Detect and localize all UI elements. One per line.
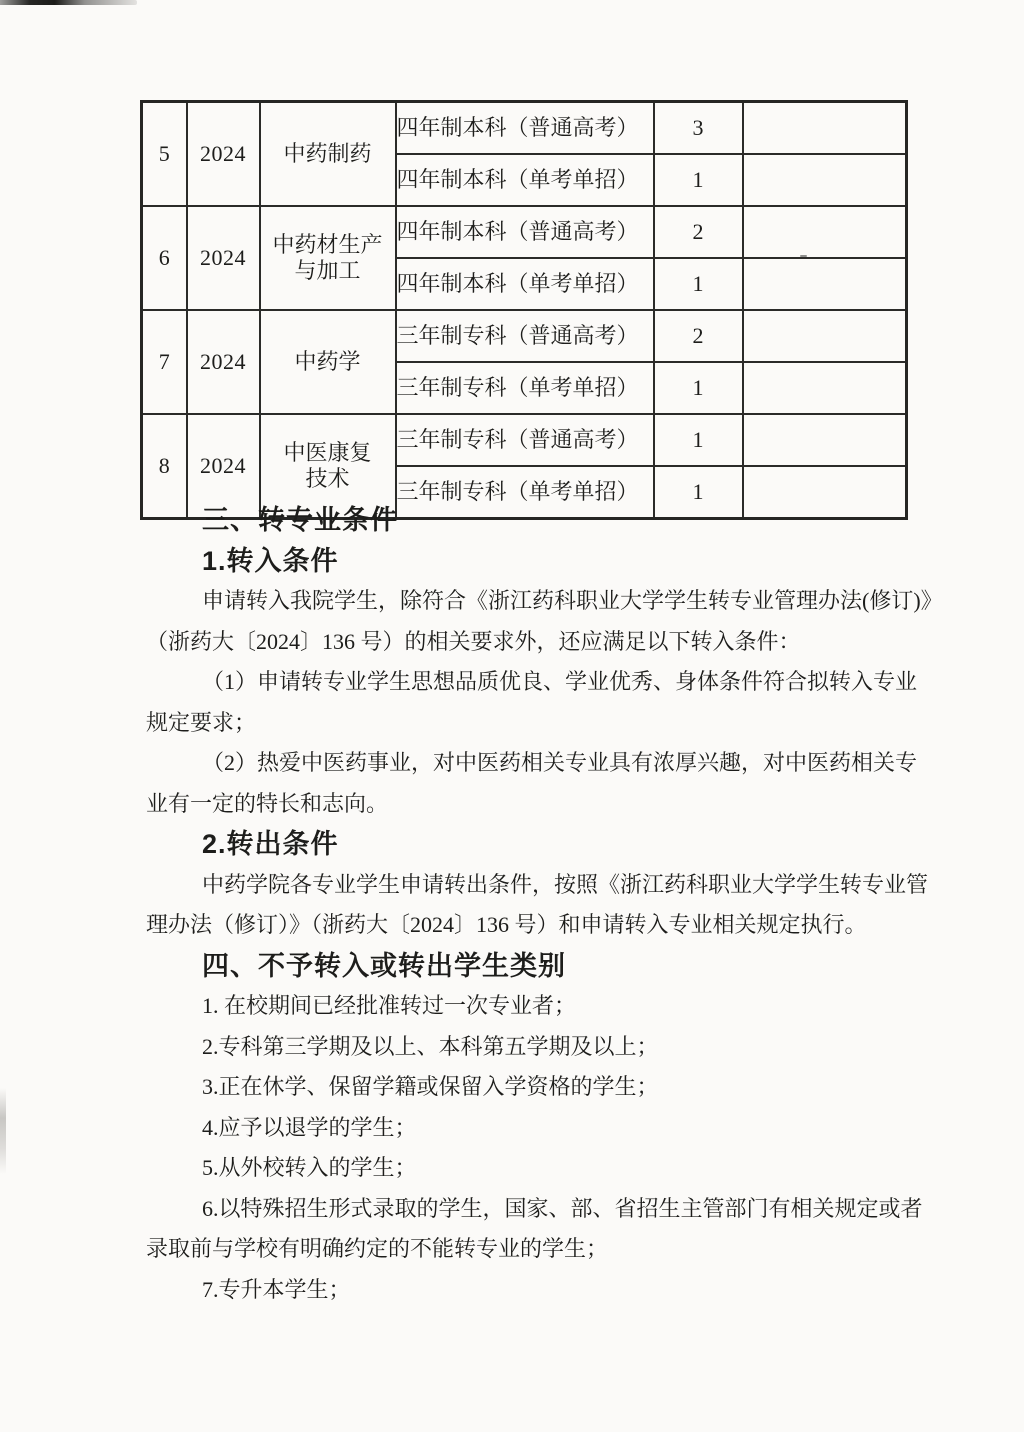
cell-note bbox=[743, 102, 907, 155]
text-line: 业有一定的特长和志向。 bbox=[146, 784, 908, 825]
cell-program-type: 三年制专科（单考单招） bbox=[396, 362, 654, 414]
cell-major: 中药制药 bbox=[260, 102, 396, 207]
text-line: 7.专升本学生； bbox=[146, 1270, 908, 1311]
text-line: （浙药大〔2024〕136 号）的相关要求外，还应满足以下转入条件： bbox=[146, 622, 908, 663]
cell-note bbox=[743, 206, 907, 258]
cell-program-type: 四年制本科（普通高考） bbox=[396, 102, 654, 155]
text-line: 规定要求； bbox=[146, 703, 908, 744]
cell-note bbox=[743, 258, 907, 310]
table-row: 62024中药材生产与加工四年制本科（普通高考）2 bbox=[142, 206, 907, 258]
text-line: 录取前与学校有明确约定的不能转专业的学生； bbox=[146, 1229, 908, 1270]
scan-edge-artifact-top bbox=[0, 0, 137, 5]
document-text-block: 三、转专业条件1.转入条件申请转入我院学生，除符合《浙江药科职业大学学生转专业管… bbox=[146, 500, 908, 1310]
text-line: 6.以特殊招生形式录取的学生，国家、部、省招生主管部门有相关规定或者 bbox=[146, 1189, 908, 1230]
cell-row-number: 5 bbox=[142, 102, 187, 207]
cell-note bbox=[743, 154, 907, 206]
text-line: 申请转入我院学生，除符合《浙江药科职业大学学生转专业管理办法(修订)》 bbox=[146, 581, 908, 622]
text-line: 理办法（修订）》（浙药大〔2024〕136 号）和申请转入专业相关规定执行。 bbox=[146, 905, 908, 946]
cell-count: 1 bbox=[654, 258, 743, 310]
cell-year: 2024 bbox=[187, 102, 260, 207]
enrollment-plan-table: 52024中药制药四年制本科（普通高考）3四年制本科（单考单招）162024中药… bbox=[140, 100, 908, 520]
table-row: 82024中医康复技术三年制专科（普通高考）1 bbox=[142, 414, 907, 466]
cell-count: 1 bbox=[654, 362, 743, 414]
cell-major: 中药材生产与加工 bbox=[260, 206, 396, 310]
cell-program-type: 三年制专科（普通高考） bbox=[396, 310, 654, 362]
section-heading: 四、不予转入或转出学生类别 bbox=[146, 946, 908, 987]
cell-major-line: 中药材生产 bbox=[261, 232, 395, 258]
cell-row-number: 7 bbox=[142, 310, 187, 414]
cell-count: 1 bbox=[654, 414, 743, 466]
text-line: 5.从外校转入的学生； bbox=[146, 1148, 908, 1189]
text-line: （1）申请转专业学生思想品质优良、学业优秀、身体条件符合拟转入专业 bbox=[146, 662, 908, 703]
cell-year: 2024 bbox=[187, 310, 260, 414]
cell-count: 2 bbox=[654, 206, 743, 258]
cell-note bbox=[743, 310, 907, 362]
cell-major-line: 与加工 bbox=[261, 258, 395, 284]
cell-note bbox=[743, 414, 907, 466]
text-line: 1. 在校期间已经批准转过一次专业者； bbox=[146, 986, 908, 1027]
cell-year: 2024 bbox=[187, 206, 260, 310]
cell-program-type: 四年制本科（单考单招） bbox=[396, 258, 654, 310]
cell-note bbox=[743, 362, 907, 414]
table-row: 72024中药学三年制专科（普通高考）2 bbox=[142, 310, 907, 362]
cell-count: 3 bbox=[654, 102, 743, 155]
scanned-document-page: { "document": { "type": "scanned notice … bbox=[0, 0, 1024, 1432]
cell-program-type: 三年制专科（普通高考） bbox=[396, 414, 654, 466]
cell-major: 中药学 bbox=[260, 310, 396, 414]
text-line: 4.应予以退学的学生； bbox=[146, 1108, 908, 1149]
section-heading: 1.转入条件 bbox=[146, 541, 908, 582]
text-line: 2.专科第三学期及以上、本科第五学期及以上； bbox=[146, 1027, 908, 1068]
cell-count: 1 bbox=[654, 154, 743, 206]
section-heading: 2.转出条件 bbox=[146, 824, 908, 865]
text-line: （2）热爱中医药事业，对中医药相关专业具有浓厚兴趣，对中医药相关专 bbox=[146, 743, 908, 784]
cell-major-line: 中药学 bbox=[261, 349, 395, 375]
text-line: 中药学院各专业学生申请转出条件，按照《浙江药科职业大学学生转专业管 bbox=[146, 865, 908, 906]
section-heading: 三、转专业条件 bbox=[146, 500, 908, 541]
cell-major-line: 技术 bbox=[261, 466, 395, 492]
cell-program-type: 四年制本科（普通高考） bbox=[396, 206, 654, 258]
cell-major-line: 中药制药 bbox=[261, 141, 395, 167]
cell-major-line: 中医康复 bbox=[261, 440, 395, 466]
table-row: 52024中药制药四年制本科（普通高考）3 bbox=[142, 102, 907, 155]
cell-row-number: 6 bbox=[142, 206, 187, 310]
cell-program-type: 四年制本科（单考单招） bbox=[396, 154, 654, 206]
scan-edge-artifact-left bbox=[0, 1088, 6, 1174]
cell-count: 2 bbox=[654, 310, 743, 362]
text-line: 3.正在休学、保留学籍或保留入学资格的学生； bbox=[146, 1067, 908, 1108]
